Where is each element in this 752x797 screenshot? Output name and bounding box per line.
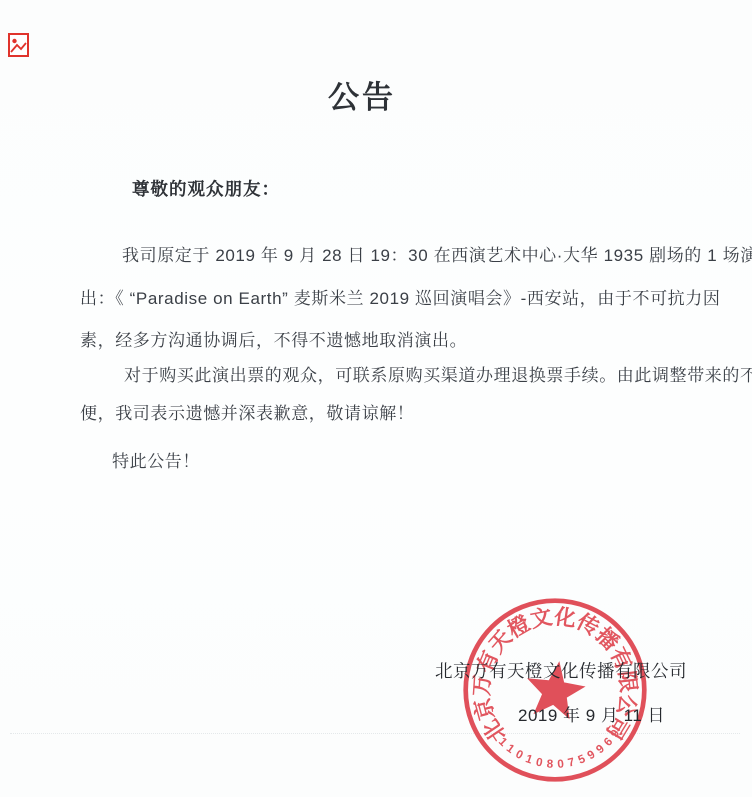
- body-line-5: 便，我司表示遗憾并深表歉意，敬请谅解！: [80, 399, 414, 424]
- announcement-document: 公告 尊敬的观众朋友： 我司原定于 2019 年 9 月 28 日 19：30 …: [0, 0, 752, 797]
- signature-date: 2019 年 9 月 11 日: [518, 701, 665, 726]
- body-line-3: 素，经多方沟通协调后，不得不遗憾地取消演出。: [80, 326, 467, 351]
- document-title: 公告: [0, 72, 738, 117]
- signature-company: 北京万有天橙文化传播有限公司: [435, 658, 687, 683]
- body-line-2: 出：《 “Paradise on Earth” 麦斯米兰 2019 巡回演唱会》…: [80, 284, 720, 309]
- top-left-red-mark-icon: [8, 33, 29, 57]
- greeting-line: 尊敬的观众朋友：: [132, 176, 280, 201]
- body-line-1: 我司原定于 2019 年 9 月 28 日 19：30 在西演艺术中心·大华 1…: [122, 241, 752, 266]
- body-line-6: 特此公告！: [112, 447, 200, 472]
- company-seal-stamp: 北京万有天橙文化传播有限公司 1101080759969: [461, 596, 649, 784]
- body-line-4: 对于购买此演出票的观众，可联系原购买渠道办理退换票手续。由此调整带来的不: [124, 361, 752, 386]
